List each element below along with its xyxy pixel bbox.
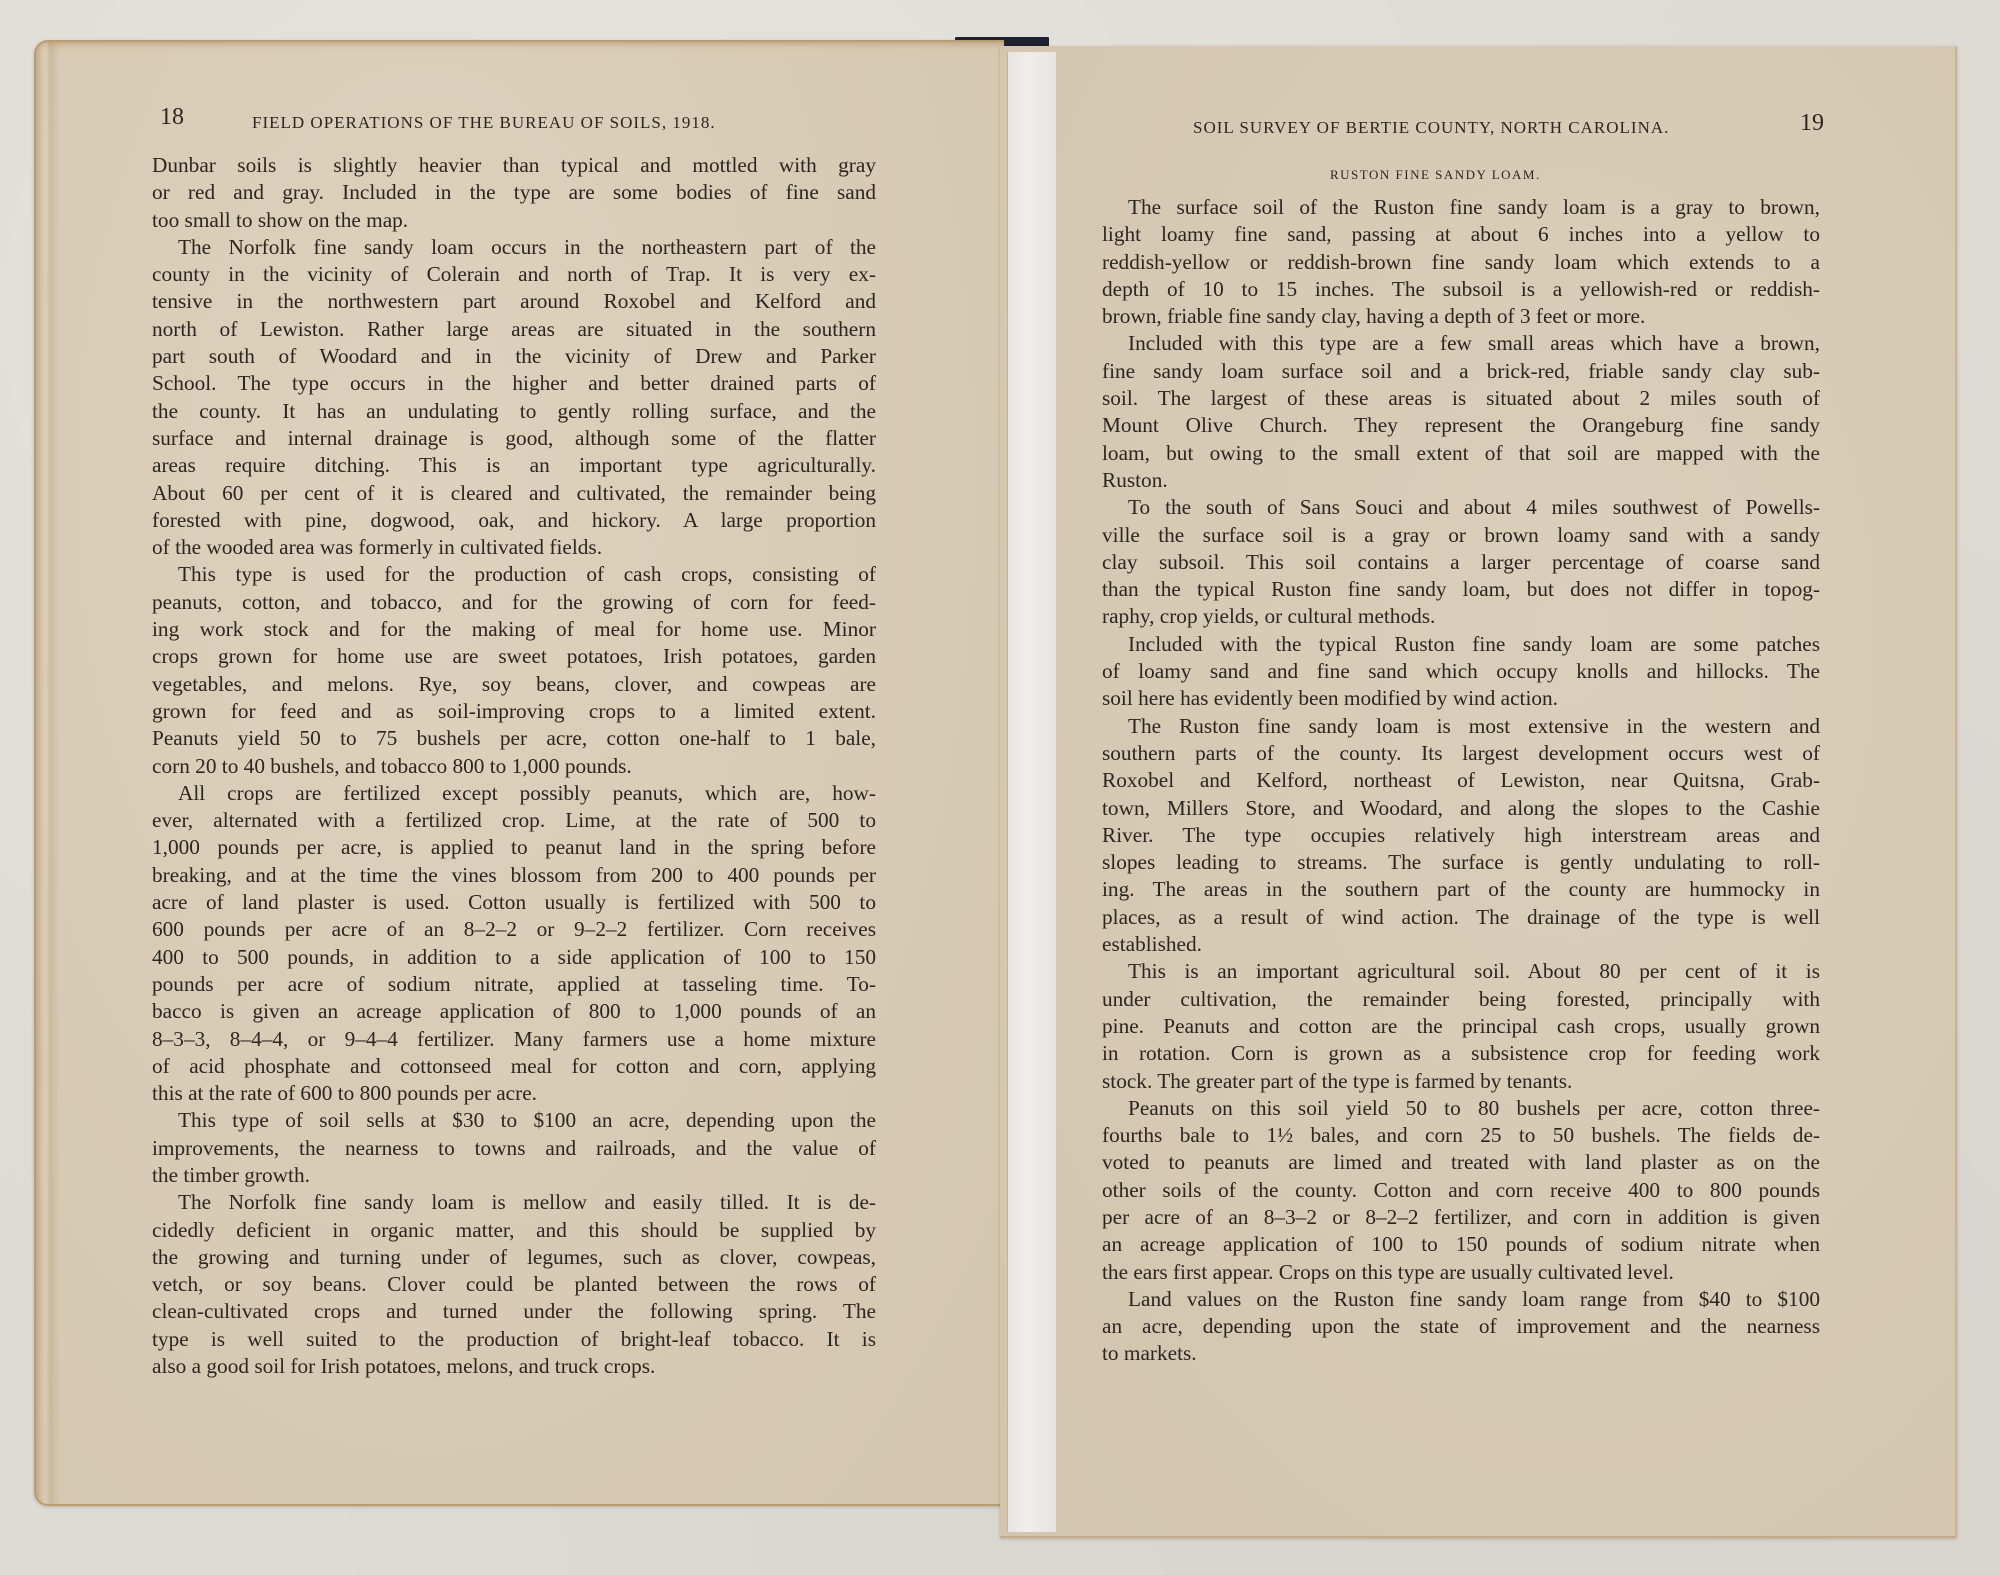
text-line: of acid phosphate and cottonseed meal fo… — [152, 1053, 876, 1080]
text-line: surface and internal drainage is good, a… — [152, 425, 876, 452]
text-line: town, Millers Store, and Woodard, and al… — [1102, 795, 1820, 822]
paragraph: The Norfolk fine sandy loam occurs in th… — [152, 234, 876, 562]
text-line: of the wooded area was formerly in culti… — [152, 534, 876, 561]
text-line: forested with pine, dogwood, oak, and hi… — [152, 507, 876, 534]
text-line: About 60 per cent of it is cleared and c… — [152, 480, 876, 507]
paragraph: All crops are fertilized except possibly… — [152, 780, 876, 1108]
text-line: southern parts of the county. Its larges… — [1102, 740, 1820, 767]
text-line: this at the rate of 600 to 800 pounds pe… — [152, 1080, 876, 1107]
text-line: the ears first appear. Crops on this typ… — [1102, 1259, 1820, 1286]
paragraph: Included with this type are a few small … — [1102, 330, 1820, 494]
text-line: of loamy sand and fine sand which occupy… — [1102, 658, 1820, 685]
text-line: light loamy fine sand, passing at about … — [1102, 221, 1820, 248]
right-page-body: The surface soil of the Ruston fine sand… — [1102, 194, 1820, 1368]
text-line: than the typical Ruston fine sandy loam,… — [1102, 576, 1820, 603]
text-line: This type of soil sells at $30 to $100 a… — [152, 1107, 876, 1134]
text-line: grown for feed and as soil-improving cro… — [152, 698, 876, 725]
paragraph: The surface soil of the Ruston fine sand… — [1102, 194, 1820, 330]
paragraph: This type is used for the production of … — [152, 561, 876, 779]
text-line: Mount Olive Church. They represent the O… — [1102, 412, 1820, 439]
text-line: clean-cultivated crops and turned under … — [152, 1298, 876, 1325]
left-page-body: Dunbar soils is slightly heavier than ty… — [152, 152, 876, 1380]
text-line: also a good soil for Irish potatoes, mel… — [152, 1353, 876, 1380]
paragraph: This type of soil sells at $30 to $100 a… — [152, 1107, 876, 1189]
text-line: in rotation. Corn is grown as a subsiste… — [1102, 1040, 1820, 1067]
paragraph: The Ruston fine sandy loam is most exten… — [1102, 713, 1820, 959]
text-line: areas require ditching. This is an impor… — [152, 452, 876, 479]
section-title: RUSTON FINE SANDY LOAM. — [1330, 167, 1541, 183]
text-line: county in the vicinity of Colerain and n… — [152, 261, 876, 288]
text-line: north of Lewiston. Rather large areas ar… — [152, 316, 876, 343]
text-line: fine sandy loam surface soil and a brick… — [1102, 358, 1820, 385]
text-line: ing. The areas in the southern part of t… — [1102, 876, 1820, 903]
text-line: bacco is given an acreage application of… — [152, 998, 876, 1025]
text-line: This type is used for the production of … — [152, 561, 876, 588]
text-line: under cultivation, the remainder being f… — [1102, 986, 1820, 1013]
text-line: reddish-yellow or reddish-brown fine san… — [1102, 249, 1820, 276]
text-line: 8–3–3, 8–4–4, or 9–4–4 fertilizer. Many … — [152, 1026, 876, 1053]
text-line: raphy, crop yields, or cultural methods. — [1102, 603, 1820, 630]
text-line: clay subsoil. This soil contains a large… — [1102, 549, 1820, 576]
text-line: breaking, and at the time the vines blos… — [152, 862, 876, 889]
text-line: corn 20 to 40 bushels, and tobacco 800 t… — [152, 753, 876, 780]
text-line: Included with the typical Ruston fine sa… — [1102, 631, 1820, 658]
text-line: Included with this type are a few small … — [1102, 330, 1820, 357]
text-line: This is an important agricultural soil. … — [1102, 958, 1820, 985]
text-line: vegetables, and melons. Rye, soy beans, … — [152, 671, 876, 698]
text-line: acre of land plaster is used. Cotton usu… — [152, 889, 876, 916]
text-line: other soils of the county. Cotton and co… — [1102, 1177, 1820, 1204]
text-line: established. — [1102, 931, 1820, 958]
text-line: pounds per acre of sodium nitrate, appli… — [152, 971, 876, 998]
paragraph: This is an important agricultural soil. … — [1102, 958, 1820, 1094]
text-line: soil here has evidently been modified by… — [1102, 685, 1820, 712]
text-line: stock. The greater part of the type is f… — [1102, 1068, 1820, 1095]
text-line: an acreage application of 100 to 150 pou… — [1102, 1231, 1820, 1258]
text-line: 600 pounds per acre of an 8–2–2 or 9–2–2… — [152, 916, 876, 943]
text-line: Dunbar soils is slightly heavier than ty… — [152, 152, 876, 179]
text-line: River. The type occupies relatively high… — [1102, 822, 1820, 849]
text-line: 1,000 pounds per acre, is applied to pea… — [152, 834, 876, 861]
text-line: Ruston. — [1102, 467, 1820, 494]
paragraph: Land values on the Ruston fine sandy loa… — [1102, 1286, 1820, 1368]
text-line: voted to peanuts are limed and treated w… — [1102, 1149, 1820, 1176]
text-line: part south of Woodard and in the vicinit… — [152, 343, 876, 370]
text-line: improvements, the nearness to towns and … — [152, 1135, 876, 1162]
text-line: the growing and turning under of legumes… — [152, 1244, 876, 1271]
text-line: slopes leading to streams. The surface i… — [1102, 849, 1820, 876]
text-line: cidedly deficient in organic matter, and… — [152, 1217, 876, 1244]
text-line: places, as a result of wind action. The … — [1102, 904, 1820, 931]
text-line: ever, alternated with a fertilized crop.… — [152, 807, 876, 834]
text-line: or red and gray. Included in the type ar… — [152, 179, 876, 206]
text-line: pine. Peanuts and cotton are the princip… — [1102, 1013, 1820, 1040]
paragraph: The Norfolk fine sandy loam is mellow an… — [152, 1189, 876, 1380]
text-line: 400 to 500 pounds, in addition to a side… — [152, 944, 876, 971]
left-running-head: FIELD OPERATIONS OF THE BUREAU OF SOILS,… — [252, 113, 716, 133]
binding-gutter — [1007, 52, 1056, 1532]
paragraph: Peanuts on this soil yield 50 to 80 bush… — [1102, 1095, 1820, 1286]
text-line: To the south of Sans Souci and about 4 m… — [1102, 494, 1820, 521]
paragraph: Dunbar soils is slightly heavier than ty… — [152, 152, 876, 234]
text-line: tensive in the northwestern part around … — [152, 288, 876, 315]
text-line: fourths bale to 1½ bales, and corn 25 to… — [1102, 1122, 1820, 1149]
text-line: Peanuts on this soil yield 50 to 80 bush… — [1102, 1095, 1820, 1122]
text-line: The surface soil of the Ruston fine sand… — [1102, 194, 1820, 221]
text-line: soil. The largest of these areas is situ… — [1102, 385, 1820, 412]
text-line: The Norfolk fine sandy loam occurs in th… — [152, 234, 876, 261]
text-line: vetch, or soy beans. Clover could be pla… — [152, 1271, 876, 1298]
text-line: Land values on the Ruston fine sandy loa… — [1102, 1286, 1820, 1313]
text-line: School. The type occurs in the higher an… — [152, 370, 876, 397]
right-running-head: SOIL SURVEY OF BERTIE COUNTY, NORTH CARO… — [1193, 118, 1669, 138]
text-line: Peanuts yield 50 to 75 bushels per acre,… — [152, 725, 876, 752]
text-line: type is well suited to the production of… — [152, 1326, 876, 1353]
left-page-number: 18 — [160, 104, 184, 131]
text-line: the county. It has an undulating to gent… — [152, 398, 876, 425]
text-line: to markets. — [1102, 1340, 1820, 1367]
text-line: loam, but owing to the small extent of t… — [1102, 440, 1820, 467]
text-line: All crops are fertilized except possibly… — [152, 780, 876, 807]
text-line: The Norfolk fine sandy loam is mellow an… — [152, 1189, 876, 1216]
text-line: Roxobel and Kelford, northeast of Lewist… — [1102, 767, 1820, 794]
text-line: per acre of an 8–3–2 or 8–2–2 fertilizer… — [1102, 1204, 1820, 1231]
text-line: ing work stock and for the making of mea… — [152, 616, 876, 643]
text-line: ville the surface soil is a gray or brow… — [1102, 522, 1820, 549]
text-line: depth of 10 to 15 inches. The subsoil is… — [1102, 276, 1820, 303]
text-line: an acre, depending upon the state of imp… — [1102, 1313, 1820, 1340]
text-line: crops grown for home use are sweet potat… — [152, 643, 876, 670]
text-line: peanuts, cotton, and tobacco, and for th… — [152, 589, 876, 616]
text-line: brown, friable fine sandy clay, having a… — [1102, 303, 1820, 330]
right-page-number: 19 — [1800, 110, 1824, 137]
text-line: too small to show on the map. — [152, 207, 876, 234]
paragraph: To the south of Sans Souci and about 4 m… — [1102, 494, 1820, 630]
text-line: The Ruston fine sandy loam is most exten… — [1102, 713, 1820, 740]
text-line: the timber growth. — [152, 1162, 876, 1189]
paragraph: Included with the typical Ruston fine sa… — [1102, 631, 1820, 713]
